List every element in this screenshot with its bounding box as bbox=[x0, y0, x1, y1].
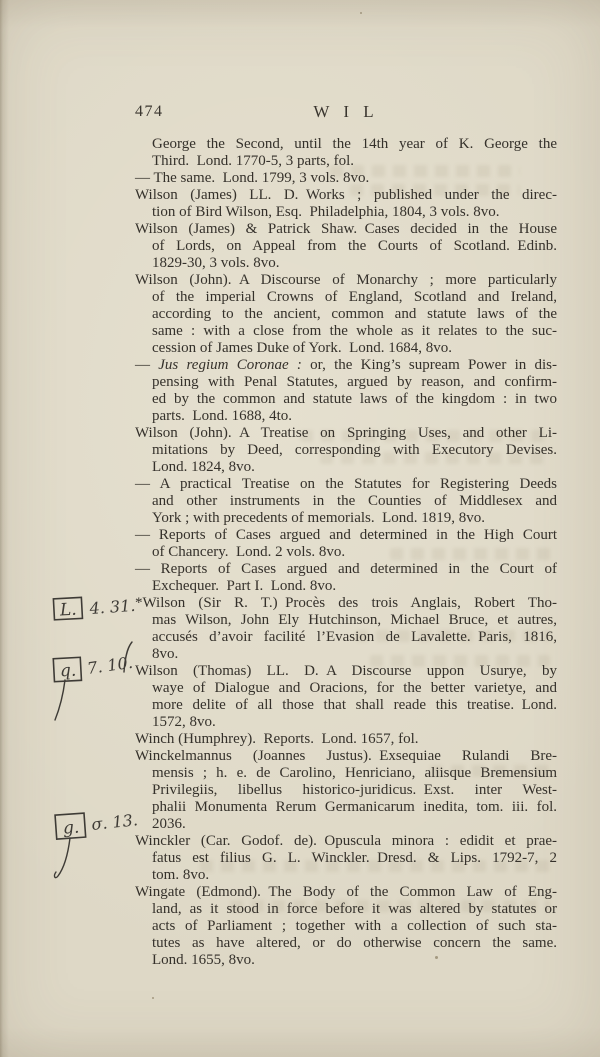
entry-text: acts of Parliament ; together with a col… bbox=[152, 918, 557, 934]
entry-text: George the Second, until the 14th year o… bbox=[152, 136, 557, 152]
paper-speck bbox=[360, 12, 362, 14]
entry-line: more delite of all those that shall read… bbox=[152, 697, 557, 714]
catalog-entry: — Reports of Cases argued and determined… bbox=[135, 561, 557, 595]
entry-text: Exchequer. Part I. Lond. 8vo. bbox=[152, 578, 336, 594]
entry-line: Winch (Humphrey). Reports. Lond. 1657, f… bbox=[135, 731, 557, 748]
entry-line: of the imperial Crowns of England, Scotl… bbox=[152, 289, 557, 306]
entry-text: land, as it stood in force before it was… bbox=[152, 901, 557, 917]
entry-title-italic: Jus regium Coronae : bbox=[158, 357, 302, 373]
entry-text: mas Wilson, John Ely Hutchinson, Michael… bbox=[152, 612, 557, 628]
entry-text: pensing with Penal Statutes, argued by r… bbox=[152, 374, 557, 390]
entry-line: cession of James Duke of York. Lond. 168… bbox=[152, 340, 557, 357]
entry-line: — Jus regium Coronae : or, the King’s su… bbox=[135, 357, 557, 374]
entry-line: pensing with Penal Statutes, argued by r… bbox=[152, 374, 557, 391]
entry-text: 1829-30, 3 vols. 8vo. bbox=[152, 255, 280, 271]
entry-line: Wilson (John). A Discourse of Monarchy ;… bbox=[135, 272, 557, 289]
entry-text: 1572, 8vo. bbox=[152, 714, 216, 730]
entry-text: *Wilson (Sir R. T.) Procès des trois Ang… bbox=[135, 595, 557, 611]
entry-text: of Chancery. Lond. 2 vols. 8vo. bbox=[152, 544, 345, 560]
paper-speck bbox=[152, 997, 154, 999]
catalog-entry: Winckelmannus (Joannes Justus). Exsequia… bbox=[135, 748, 557, 833]
entry-text: Winckelmannus (Joannes Justus). Exsequia… bbox=[135, 748, 557, 764]
entry-text: Winch (Humphrey). Reports. Lond. 1657, f… bbox=[135, 731, 419, 747]
entry-text: Wilson (John). A Discourse of Monarchy ;… bbox=[135, 272, 557, 288]
entry-text: Wilson (James) & Patrick Shaw. Cases dec… bbox=[135, 221, 557, 237]
catalog-entry: — Jus regium Coronae : or, the King’s su… bbox=[135, 357, 557, 425]
entry-text: waye of Dialogue and Oracions, for the b… bbox=[152, 680, 557, 696]
entry-line: same : with a close from the whole as it… bbox=[152, 323, 557, 340]
entry-line: — Reports of Cases argued and determined… bbox=[135, 561, 557, 578]
entry-line: — Reports of Cases argued and determined… bbox=[135, 527, 557, 544]
entry-text: mitations by Deed, corresponding with Ex… bbox=[152, 442, 557, 458]
entry-line: fatus est filius G. L. Winckler. Dresd. … bbox=[152, 850, 557, 867]
entry-line: acts of Parliament ; together with a col… bbox=[152, 918, 557, 935]
entry-line: of Lords, on Appeal from the Courts of S… bbox=[152, 238, 557, 255]
entry-text: Wilson (Thomas) LL. D. A Discourse uppon… bbox=[135, 663, 557, 679]
entry-text: according to the ancient, common and sta… bbox=[152, 306, 557, 322]
entry-text: Third. Lond. 1770-5, 3 parts, fol. bbox=[152, 153, 354, 169]
shelfmark-box-letter: g. bbox=[62, 818, 80, 839]
entry-line: Wilson (James) LL. D. Works ; published … bbox=[135, 187, 557, 204]
entry-text: of the imperial Crowns of England, Scotl… bbox=[152, 289, 557, 305]
shelfmark-box-letter: q. bbox=[59, 661, 76, 682]
shelfmark-box bbox=[55, 813, 86, 839]
entry-text: — A practical Treatise on the Statutes f… bbox=[135, 476, 557, 492]
entry-text: — Reports of Cases argued and determined… bbox=[135, 561, 557, 577]
entry-text: or, the King’s supream Power in dis- bbox=[302, 357, 557, 373]
entry-line: tom. 8vo. bbox=[152, 867, 557, 884]
entry-line: mensis ; h. e. de Carolino, Henriciano, … bbox=[152, 765, 557, 782]
page-background: 474 W I L George the Second, until the 1… bbox=[0, 0, 600, 1057]
entry-line: — A practical Treatise on the Statutes f… bbox=[135, 476, 557, 493]
entry-line: Exchequer. Part I. Lond. 8vo. bbox=[152, 578, 557, 595]
entry-line: waye of Dialogue and Oracions, for the b… bbox=[152, 680, 557, 697]
entry-line: tion of Bird Wilson, Esq. Philadelphia, … bbox=[152, 204, 557, 221]
entry-text: ed by the common and statute laws of the… bbox=[152, 391, 557, 407]
entry-text: York ; with precedents of memorials. Lon… bbox=[152, 510, 485, 526]
entry-text: Wingate (Edmond). The Body of the Common… bbox=[135, 884, 557, 900]
entry-line: mas Wilson, John Ely Hutchinson, Michael… bbox=[152, 612, 557, 629]
catalog-entry: George the Second, until the 14th year o… bbox=[135, 136, 557, 170]
entry-text: same : with a close from the whole as it… bbox=[152, 323, 557, 339]
entry-line: Winckler (Car. Godof. de). Opuscula mino… bbox=[135, 833, 557, 850]
entry-text: Winckler (Car. Godof. de). Opuscula mino… bbox=[135, 833, 557, 849]
entry-line: 1829-30, 3 vols. 8vo. bbox=[152, 255, 557, 272]
shelfmark-box bbox=[53, 657, 81, 681]
entry-line: parts. Lond. 1688, 4to. bbox=[152, 408, 557, 425]
text-column: George the Second, until the 14th year o… bbox=[135, 136, 557, 969]
entry-text: parts. Lond. 1688, 4to. bbox=[152, 408, 292, 424]
catalog-entry: *Wilson (Sir R. T.) Procès des trois Ang… bbox=[135, 595, 557, 663]
entry-text: Privilegiis, libellus historico-juridicu… bbox=[152, 782, 557, 798]
entry-line: tutes as have altered, or do otherwise c… bbox=[152, 935, 557, 952]
entry-text: of Lords, on Appeal from the Courts of S… bbox=[152, 238, 557, 254]
entry-line: Lond. 1655, 8vo. bbox=[152, 952, 557, 969]
entry-line: Wilson (Thomas) LL. D. A Discourse uppon… bbox=[135, 663, 557, 680]
entry-text: cession of James Duke of York. Lond. 168… bbox=[152, 340, 452, 356]
entry-text: tom. 8vo. bbox=[152, 867, 209, 883]
entry-line: 8vo. bbox=[152, 646, 557, 663]
entry-line: Privilegiis, libellus historico-juridicu… bbox=[152, 782, 557, 799]
entry-text: 2036. bbox=[152, 816, 186, 832]
entry-line: Third. Lond. 1770-5, 3 parts, fol. bbox=[152, 153, 557, 170]
entry-line: Winckelmannus (Joannes Justus). Exsequia… bbox=[135, 748, 557, 765]
entry-line: Wilson (John). A Treatise on Springing U… bbox=[135, 425, 557, 442]
catalog-entry: Wilson (Thomas) LL. D. A Discourse uppon… bbox=[135, 663, 557, 731]
catalog-entry: Winch (Humphrey). Reports. Lond. 1657, f… bbox=[135, 731, 557, 748]
running-head: W I L bbox=[135, 102, 557, 122]
entry-text: — Reports of Cases argued and determined… bbox=[135, 527, 557, 543]
entry-text: — The same. Lond. 1799, 3 vols. 8vo. bbox=[135, 170, 369, 186]
catalog-entry: Wilson (James) LL. D. Works ; published … bbox=[135, 187, 557, 221]
entry-line: Wingate (Edmond). The Body of the Common… bbox=[135, 884, 557, 901]
entry-line: land, as it stood in force before it was… bbox=[152, 901, 557, 918]
entry-line: York ; with precedents of memorials. Lon… bbox=[152, 510, 557, 527]
entry-text: phalii Monumenta Rerum Germanicarum ined… bbox=[152, 799, 557, 815]
entry-line: 2036. bbox=[152, 816, 557, 833]
pen-tail-stroke bbox=[55, 838, 70, 878]
entry-line: Wilson (James) & Patrick Shaw. Cases dec… bbox=[135, 221, 557, 238]
entry-text: more delite of all those that shall read… bbox=[152, 697, 557, 713]
entry-line: ed by the common and statute laws of the… bbox=[152, 391, 557, 408]
catalog-entry: Winckler (Car. Godof. de). Opuscula mino… bbox=[135, 833, 557, 884]
entry-line: according to the ancient, common and sta… bbox=[152, 306, 557, 323]
entry-text: and other instruments in the Counties of… bbox=[152, 493, 557, 509]
entry-text: Wilson (James) LL. D. Works ; published … bbox=[135, 187, 557, 203]
entry-line: phalii Monumenta Rerum Germanicarum ined… bbox=[152, 799, 557, 816]
entry-line: of Chancery. Lond. 2 vols. 8vo. bbox=[152, 544, 557, 561]
catalog-entry: Wilson (James) & Patrick Shaw. Cases dec… bbox=[135, 221, 557, 272]
entry-text: Lond. 1655, 8vo. bbox=[152, 952, 255, 968]
entry-text: tion of Bird Wilson, Esq. Philadelphia, … bbox=[152, 204, 499, 220]
entry-line: George the Second, until the 14th year o… bbox=[152, 136, 557, 153]
entry-text: fatus est filius G. L. Winckler. Dresd. … bbox=[152, 850, 557, 866]
shelfmark-number: 4. 31. bbox=[88, 596, 136, 618]
shelfmark-box bbox=[53, 597, 82, 619]
shelfmark-box-letter: L. bbox=[58, 600, 77, 621]
entry-line: Lond. 1824, 8vo. bbox=[152, 459, 557, 476]
catalog-entry: Wingate (Edmond). The Body of the Common… bbox=[135, 884, 557, 969]
entry-line: and other instruments in the Counties of… bbox=[152, 493, 557, 510]
entry-line: — The same. Lond. 1799, 3 vols. 8vo. bbox=[135, 170, 557, 187]
catalog-entry: — Reports of Cases argued and determined… bbox=[135, 527, 557, 561]
shelfmark-number: σ. 13. bbox=[90, 810, 138, 834]
entry-line: 1572, 8vo. bbox=[152, 714, 557, 731]
entry-text: mensis ; h. e. de Carolino, Henriciano, … bbox=[152, 765, 557, 781]
catalog-entry: — A practical Treatise on the Statutes f… bbox=[135, 476, 557, 527]
entry-text: Wilson (John). A Treatise on Springing U… bbox=[135, 425, 557, 441]
pen-tail-stroke bbox=[55, 680, 65, 720]
entry-text: 8vo. bbox=[152, 646, 178, 662]
entry-line: accusés d’avoir facilité l’Evasion de La… bbox=[152, 629, 557, 646]
scanned-book-page: { "page": { "page_number": "474", "runni… bbox=[0, 0, 600, 1057]
catalog-entry: Wilson (John). A Treatise on Springing U… bbox=[135, 425, 557, 476]
entry-text: accusés d’avoir facilité l’Evasion de La… bbox=[152, 629, 557, 645]
entry-text: Lond. 1824, 8vo. bbox=[152, 459, 255, 475]
entry-line: mitations by Deed, corresponding with Ex… bbox=[152, 442, 557, 459]
shelfmark-number: 7. 10. bbox=[86, 653, 134, 678]
entry-line: *Wilson (Sir R. T.) Procès des trois Ang… bbox=[135, 595, 557, 612]
entry-text: tutes as have altered, or do otherwise c… bbox=[152, 935, 557, 951]
catalog-entry: — The same. Lond. 1799, 3 vols. 8vo. bbox=[135, 170, 557, 187]
entry-text: — bbox=[135, 357, 158, 373]
pen-tick-stroke bbox=[124, 642, 132, 672]
catalog-entry: Wilson (John). A Discourse of Monarchy ;… bbox=[135, 272, 557, 357]
